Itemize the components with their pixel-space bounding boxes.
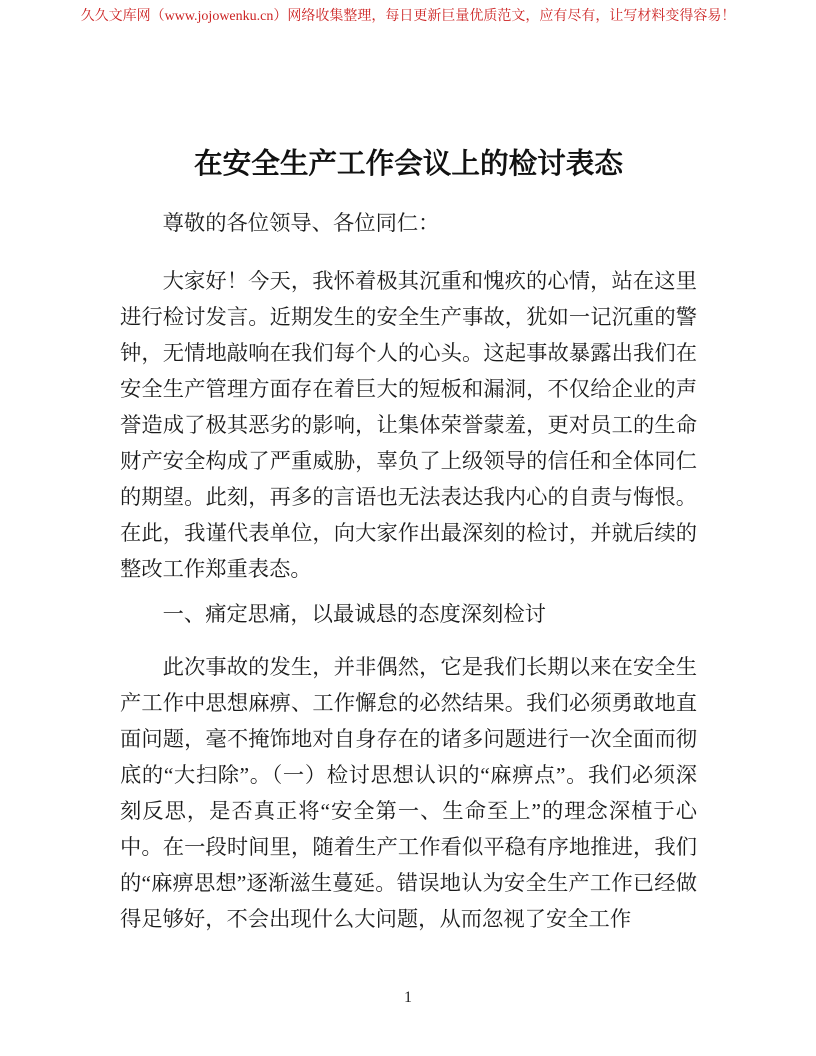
paragraph-self-criticism: 此次事故的发生，并非偶然，它是我们长期以来在安全生产工作中思想麻痹、工作懈怠的必…	[120, 649, 697, 937]
document-body: 在安全生产工作会议上的检讨表态 尊敬的各位领导、各位同仁： 大家好！今天，我怀着…	[120, 0, 697, 937]
page-number: 1	[0, 988, 816, 1008]
section-heading-1: 一、痛定思痛，以最诚恳的态度深刻检讨	[120, 596, 697, 632]
document-page: 久久文库网（www.jojowenku.cn）网络收集整理，每日更新巨量优质范文…	[0, 0, 816, 1056]
salutation-line: 尊敬的各位领导、各位同仁：	[120, 205, 697, 241]
document-title: 在安全生产工作会议上的检讨表态	[120, 143, 697, 187]
paragraph-opening-apology: 大家好！今天，我怀着极其沉重和愧疚的心情，站在这里进行检讨发言。近期发生的安全生…	[120, 263, 697, 587]
